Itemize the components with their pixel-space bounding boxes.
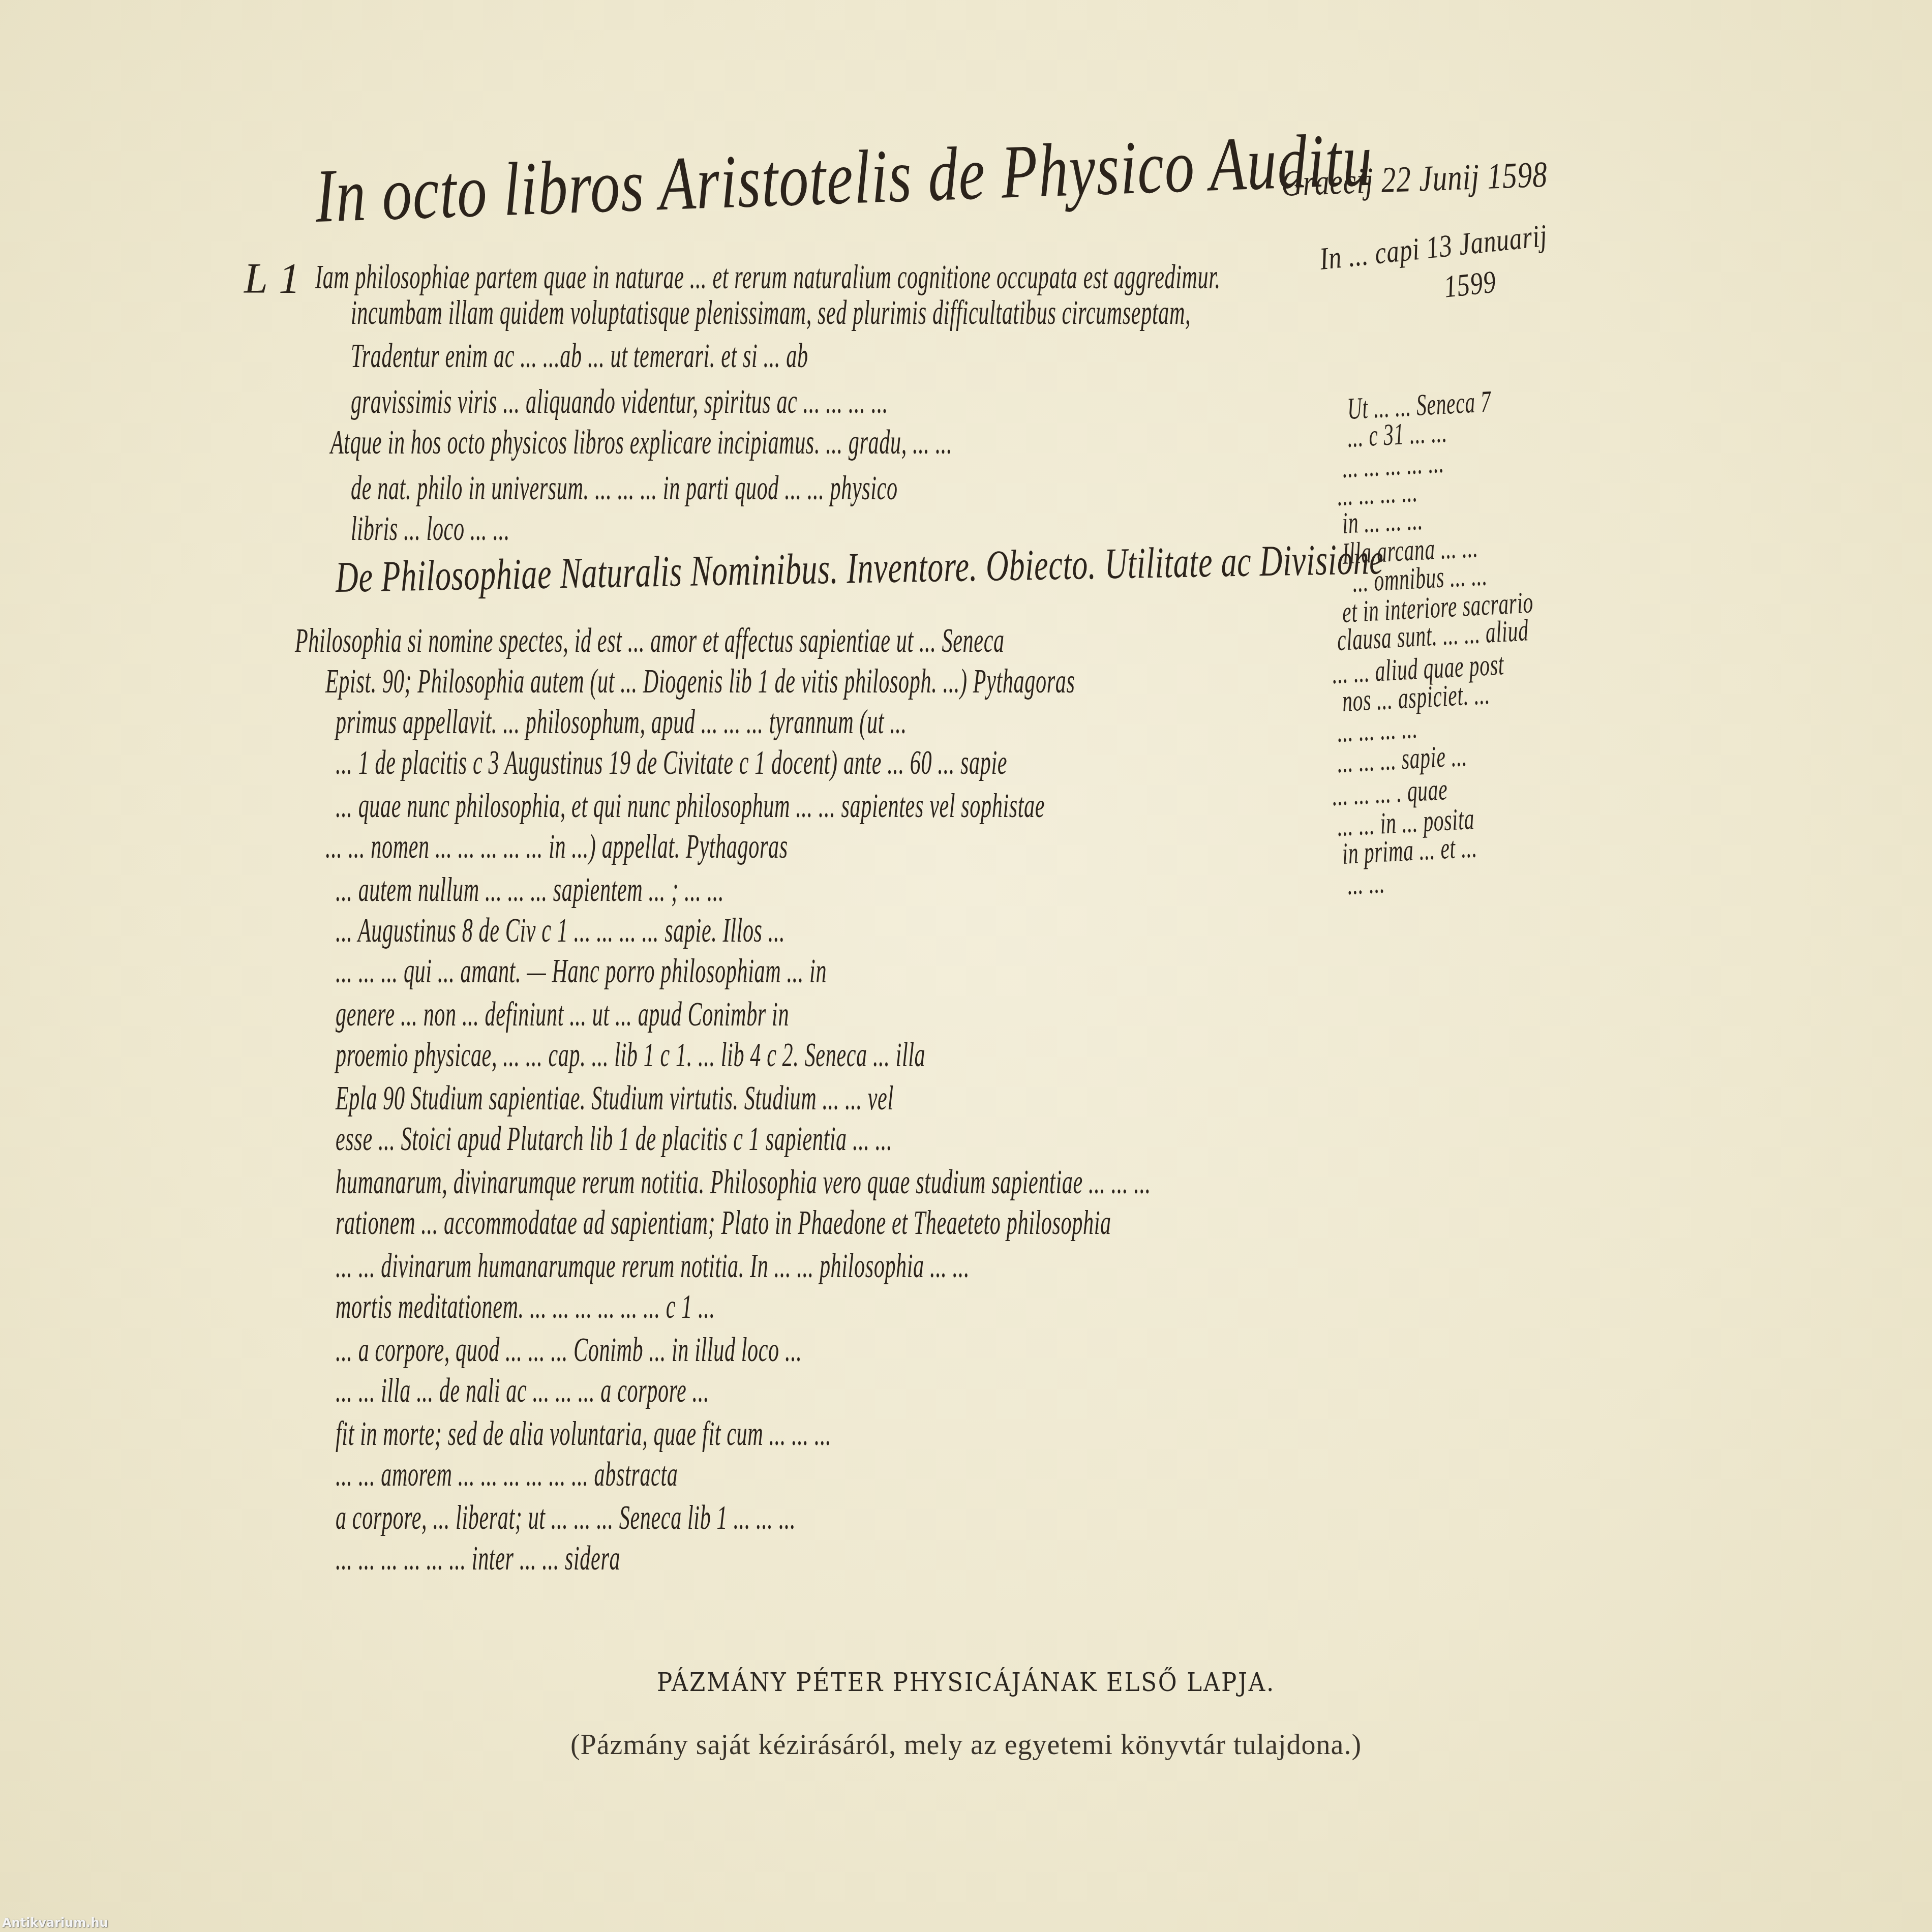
intro-line: de nat. philo in universum. ... ... ... …	[351, 468, 898, 508]
body-line: Epla 90 Studium sapientiae. Studium virt…	[336, 1078, 894, 1118]
section-mark: L 1	[244, 254, 300, 304]
body-line: ... ... nomen ... ... ... ... ... in ...…	[325, 826, 788, 866]
manuscript-title: In octo libros Aristotelis de Physico Au…	[314, 115, 1374, 240]
intro-line: Atque in hos octo physicos libros explic…	[330, 422, 952, 462]
body-line: Epist. 90; Philosophia autem (ut ... Dio…	[325, 661, 1075, 701]
watermark: Antikvarium.hu	[2, 1916, 108, 1930]
side-note-line: in prima ... et ...	[1341, 829, 1478, 871]
body-line: fit in morte; sed de alia voluntaria, qu…	[336, 1413, 831, 1454]
body-line: ... ... illa ... de nali ac ... ... ... …	[336, 1370, 709, 1410]
caption-title: PÁZMÁNY PÉTER PHYSICÁJÁNAK ELSŐ LAPJA.	[97, 1668, 1835, 1697]
margin-date-note: In ... capi 13 Januarij 1599	[1318, 215, 1554, 320]
side-note-line: ... ... ... sapie ...	[1336, 738, 1468, 780]
body-line: proemio physicae, ... ... cap. ... lib 1…	[336, 1035, 925, 1075]
body-line: primus appellavit. ... philosophum, apud…	[336, 702, 907, 742]
body-line: esse ... Stoici apud Plutarch lib 1 de p…	[336, 1119, 892, 1159]
body-line: genere ... non ... definiunt ... ut ... …	[336, 994, 789, 1034]
body-line: ... 1 de placitis c 3 Augustinus 19 de C…	[336, 742, 1007, 782]
side-note-line: ... ...	[1346, 865, 1385, 902]
intro-line: Iam philosophiae partem quae in naturae …	[315, 257, 1221, 297]
body-line: ... quae nunc philosophia, et qui nunc p…	[336, 786, 1045, 826]
intro-line: Tradentur enim ac ... ...ab ... ut temer…	[351, 336, 808, 376]
body-line: a corpore, ... liberat; ut ... ... ... S…	[336, 1497, 796, 1537]
manuscript-title-date: Graecij 22 Junij 1598	[1281, 154, 1549, 205]
body-line: rationem ... accommodatae ad sapientiam;…	[336, 1202, 1111, 1243]
body-line: ... ... ... qui ... amant. — Hanc porro …	[336, 951, 827, 991]
intro-line: gravissimis viris ... aliquando videntur…	[351, 381, 888, 421]
body-line: ... Augustinus 8 de Civ c 1 ... ... ... …	[336, 910, 785, 950]
body-line: ... ... amorem ... ... ... ... ... ... a…	[336, 1454, 678, 1494]
body-line: ... ... ... ... ... ... inter ... ... si…	[336, 1538, 620, 1578]
body-line: humanarum, divinarumque rerum notitia. P…	[336, 1162, 1151, 1202]
document-page: In octo libros Aristotelis de Physico Au…	[0, 0, 1932, 1932]
intro-line: incumbam illam quidem voluptatisque plen…	[351, 292, 1191, 333]
caption-subtitle: (Pázmány saját kézirásáról, mely az egye…	[0, 1729, 1932, 1761]
body-line: ... autem nullum ... ... ... sapientem .…	[336, 869, 724, 910]
body-line: ... ... divinarum humanarumque rerum not…	[336, 1246, 970, 1286]
body-line: ... a corpore, quod ... ... ... Conimb .…	[336, 1330, 802, 1370]
body-line: mortis meditationem. ... ... ... ... ...…	[336, 1286, 715, 1326]
body-line: Philosophia si nomine spectes, id est ..…	[295, 620, 1005, 660]
intro-line: libris ... loco ... ...	[351, 508, 510, 549]
